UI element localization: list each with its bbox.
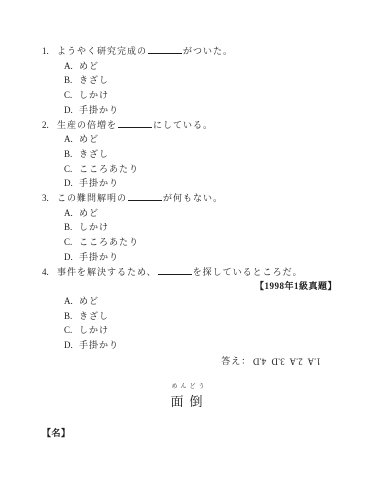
answer-line: 答え：1.A 2.A 3.D 4.D	[42, 354, 337, 369]
option-text: きざし	[79, 311, 109, 321]
stem-text-before: ようやく研究完成の	[57, 46, 147, 56]
option-letter: C.	[64, 235, 79, 250]
option-letter: C.	[64, 88, 79, 103]
option-row: A.めど	[42, 206, 337, 221]
option-row: A.めど	[42, 59, 337, 74]
entry-word: 面倒	[42, 391, 337, 410]
question-1: 1.ようやく研究完成のがついた。 A.めど B.きざし C.しかけ D.手掛かり	[42, 44, 337, 118]
option-letter: B.	[64, 73, 79, 88]
stem-text-after: にしている。	[153, 120, 213, 130]
stem-text-before: この難問解明の	[57, 193, 127, 203]
option-text: めど	[79, 296, 99, 306]
option-text: しかけ	[79, 90, 109, 100]
question-stem: 3.この難問解明のが何もない。	[42, 191, 337, 206]
option-text: きざし	[79, 75, 109, 85]
question-stem: 1.ようやく研究完成のがついた。	[42, 44, 337, 59]
option-text: 手掛かり	[79, 105, 119, 115]
option-row: B.きざし	[42, 73, 337, 88]
question-stem: 2.生産の倍増をにしている。	[42, 118, 337, 133]
option-letter: D.	[64, 250, 79, 265]
fill-in-blank	[148, 45, 182, 54]
option-text: こころあたり	[79, 237, 139, 247]
option-text: しかけ	[79, 222, 109, 232]
option-row: D.手掛かり	[42, 338, 337, 353]
option-text: 手掛かり	[79, 178, 119, 188]
option-letter: A.	[64, 294, 79, 309]
option-row: A.めど	[42, 294, 337, 309]
stem-text-after: を探しているところだ。	[193, 267, 303, 277]
stem-text-after: がついた。	[183, 46, 233, 56]
option-letter: B.	[64, 147, 79, 162]
question-number: 3.	[42, 191, 57, 206]
option-letter: C.	[64, 323, 79, 338]
option-row: C.しかけ	[42, 323, 337, 338]
option-letter: A.	[64, 59, 79, 74]
entry-heading: めんどう 面倒	[42, 381, 337, 410]
option-letter: B.	[64, 220, 79, 235]
question-number: 4.	[42, 265, 57, 280]
option-text: きざし	[79, 149, 109, 159]
question-number: 1.	[42, 44, 57, 59]
option-letter: D.	[64, 103, 79, 118]
option-letter: A.	[64, 206, 79, 221]
option-text: めど	[79, 208, 99, 218]
option-text: 手掛かり	[79, 252, 119, 262]
option-row: B.しかけ	[42, 220, 337, 235]
option-text: 手掛かり	[79, 340, 119, 350]
question-number: 2.	[42, 118, 57, 133]
option-letter: D.	[64, 338, 79, 353]
fill-in-blank	[128, 192, 162, 201]
option-text: めど	[79, 61, 99, 71]
option-letter: A.	[64, 132, 79, 147]
fill-in-blank	[158, 266, 192, 275]
stem-text-before: 生産の倍増を	[57, 120, 117, 130]
exam-source-tag: 【1998年1級真題】	[42, 279, 337, 294]
option-row: C.こころあたり	[42, 235, 337, 250]
option-row: D.手掛かり	[42, 176, 337, 191]
question-2: 2.生産の倍増をにしている。 A.めど B.きざし C.こころあたり D.手掛か…	[42, 118, 337, 192]
entry-furigana: めんどう	[42, 381, 337, 390]
stem-text-before: 事件を解決するため、	[57, 267, 157, 277]
option-row: D.手掛かり	[42, 250, 337, 265]
option-text: めど	[79, 134, 99, 144]
stem-text-after: が何もない。	[163, 193, 223, 203]
option-row: C.しかけ	[42, 88, 337, 103]
option-letter: C.	[64, 162, 79, 177]
option-text: こころあたり	[79, 164, 139, 174]
document-page: 1.ようやく研究完成のがついた。 A.めど B.きざし C.しかけ D.手掛かり…	[0, 0, 370, 480]
option-row: D.手掛かり	[42, 103, 337, 118]
question-4: 4.事件を解決するため、を探しているところだ。 【1998年1級真題】 A.めど…	[42, 265, 337, 353]
question-3: 3.この難問解明のが何もない。 A.めど B.しかけ C.こころあたり D.手掛…	[42, 191, 337, 265]
option-letter: D.	[64, 176, 79, 191]
option-row: A.めど	[42, 132, 337, 147]
question-stem: 4.事件を解決するため、を探しているところだ。	[42, 265, 337, 280]
fill-in-blank	[118, 119, 152, 128]
option-row: B.きざし	[42, 309, 337, 324]
option-text: しかけ	[79, 325, 109, 335]
answer-key-upside-down: 1.A 2.A 3.D 4.D	[253, 354, 321, 369]
part-of-speech-tag: 【名】	[42, 426, 337, 441]
answer-label: 答え：	[221, 356, 251, 366]
option-letter: B.	[64, 309, 79, 324]
option-row: C.こころあたり	[42, 162, 337, 177]
option-row: B.きざし	[42, 147, 337, 162]
